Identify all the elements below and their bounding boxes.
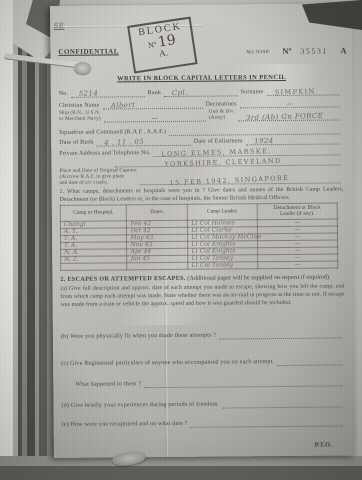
detachment-cell: — <box>257 261 337 269</box>
photographed-document: SE CONFIDENTIAL BLOCK Nº 19 A. M.I. 9/JA… <box>0 0 362 480</box>
questionnaire-page: SE CONFIDENTIAL BLOCK Nº 19 A. M.I. 9/JA… <box>50 3 356 458</box>
question-b-answer-field <box>219 328 342 339</box>
no-value: 5214 <box>79 89 99 98</box>
photo-border <box>0 0 13 480</box>
block-stamp: BLOCK Nº 19 A. <box>127 17 197 74</box>
unit-div-field: 3rd (Ab) Gn FORCE <box>238 110 340 121</box>
serial-no-label: Nº <box>282 46 291 56</box>
form-instruction: WRITE IN BLOCK CAPITAL LETTERS IN PENCIL <box>51 73 353 83</box>
col-dates: Dates. <box>127 204 188 220</box>
rank-field: Cpl. <box>164 86 238 97</box>
question-d-row: (d) Give briefly your experiences during… <box>61 397 345 409</box>
ship-value: — <box>104 112 206 123</box>
enlistment-label: Date of Enlistment <box>194 138 243 145</box>
confidential-marking: CONFIDENTIAL <box>58 47 119 56</box>
section2-heading: 2. ESCAPES OR ATTEMPTED ESCAPES. (Additi… <box>60 273 344 282</box>
row-capture: Place and Date of Original Capture (Airc… <box>59 166 343 186</box>
serial-suffix: A <box>340 45 346 55</box>
desk-shadow-band <box>0 466 362 480</box>
unit-div-value: 3rd (Ab) Gn FORCE <box>246 111 323 121</box>
leader-cell: Lt Col Tansey <box>188 261 257 269</box>
no-label: No. <box>59 91 68 98</box>
section2-heading-note: (Additional paper will be supplied on re… <box>186 274 331 282</box>
question-d-label: (d) Give briefly your experiences during… <box>61 402 219 410</box>
camps-table: Camp or Hospital. Dates. Camp Leader. De… <box>60 202 339 270</box>
capture-field: 15 FEB 1942, SINGAPORE <box>140 174 341 186</box>
question-e-label: (e) How were you recaptured and on what … <box>62 421 188 429</box>
unit-div-label: Unit & Div. (Army) <box>209 109 235 121</box>
mi9-reference: M.I. 9/JAP/ <box>246 50 270 55</box>
pto-marking: P.T.O. <box>315 442 332 449</box>
dob-value: 4 . 11 . 05 <box>104 138 144 147</box>
dob-field: 4 . 11 . 05 <box>96 136 190 147</box>
question-c-answer-field <box>277 355 342 366</box>
row-address-2: YORKSHIRE, CLEVELAND <box>111 155 343 167</box>
question-b-row: (b) Were you physically fit when you mad… <box>61 328 345 340</box>
dob-label: Date of Birth <box>59 140 93 147</box>
row-no-rank-surname: No. 5214 Rank Cpl. Surname SIMPKIN <box>59 85 343 97</box>
address-field-line2: YORKSHIRE, CLEVELAND <box>114 155 340 167</box>
ship-label: Ship (R.N., U.S.N. or Merchant Navy) <box>59 111 101 123</box>
camp-cell <box>61 262 128 270</box>
capture-value: 15 FEB 1942, SINGAPORE <box>170 174 290 187</box>
surname-field: SIMPKIN <box>266 85 340 96</box>
table-row: Lt Col Tansey — <box>61 261 338 270</box>
question-c-row: (c) Give Regimental particulars of anyon… <box>61 355 345 367</box>
col-camp-or-hospital: Camp or Hospital. <box>60 205 127 221</box>
christian-name-field: Albert <box>102 99 202 110</box>
row-ship-unit: Ship (R.N., U.S.N. or Merchant Navy) — U… <box>59 108 343 122</box>
surname-label: Surname <box>241 89 264 96</box>
col-camp-leader: Camp Leader. <box>188 204 257 220</box>
stamp-no-abbrev: Nº <box>148 40 158 50</box>
cord-knot <box>74 62 91 74</box>
christian-name-value: Albert <box>110 101 135 110</box>
question-e-answer-field <box>191 416 343 427</box>
christian-name-label: Christian Name <box>59 103 100 110</box>
question-c2-label: What happened to them ? <box>75 381 141 388</box>
serial-number: 35531 <box>300 47 328 56</box>
no-field: 5214 <box>71 87 145 98</box>
form-instruction-text: WRITE IN BLOCK CAPITAL LETTERS IN PENCIL <box>117 74 286 82</box>
question-e-row: (e) How were you recaptured and on what … <box>62 416 346 428</box>
surname-value: SIMPKIN <box>274 87 315 96</box>
rank-label: Rank <box>148 90 162 97</box>
ship-field: — <box>104 111 206 122</box>
question-c2-answer-field <box>144 376 342 388</box>
question-b-label: (b) Were you physically fit when you mad… <box>61 333 216 341</box>
decorations-field: — <box>240 97 340 108</box>
enlistment-field: 1924 <box>246 134 340 145</box>
capture-label: Place and Date of Original Capture (Airc… <box>59 168 136 186</box>
rank-value: Cpl. <box>172 89 188 97</box>
question-d-answer-field <box>222 397 342 408</box>
question-a: (a) Give full description and approx. da… <box>60 283 344 309</box>
question-c-label: (c) Give Regimental particulars of anyon… <box>61 359 274 368</box>
section2-heading-bold: 2. ESCAPES OR ATTEMPTED ESCAPES. <box>60 275 185 283</box>
dates-cell <box>127 262 188 270</box>
bound-paper-stack-edge <box>13 0 55 480</box>
col-detachment-leader: Detachment or Block Leader (if any). <box>257 203 337 219</box>
question-c2-row: What happened to them ? <box>75 376 345 388</box>
decorations-label: Decorations <box>206 101 237 108</box>
enlistment-value: 1924 <box>254 137 274 146</box>
